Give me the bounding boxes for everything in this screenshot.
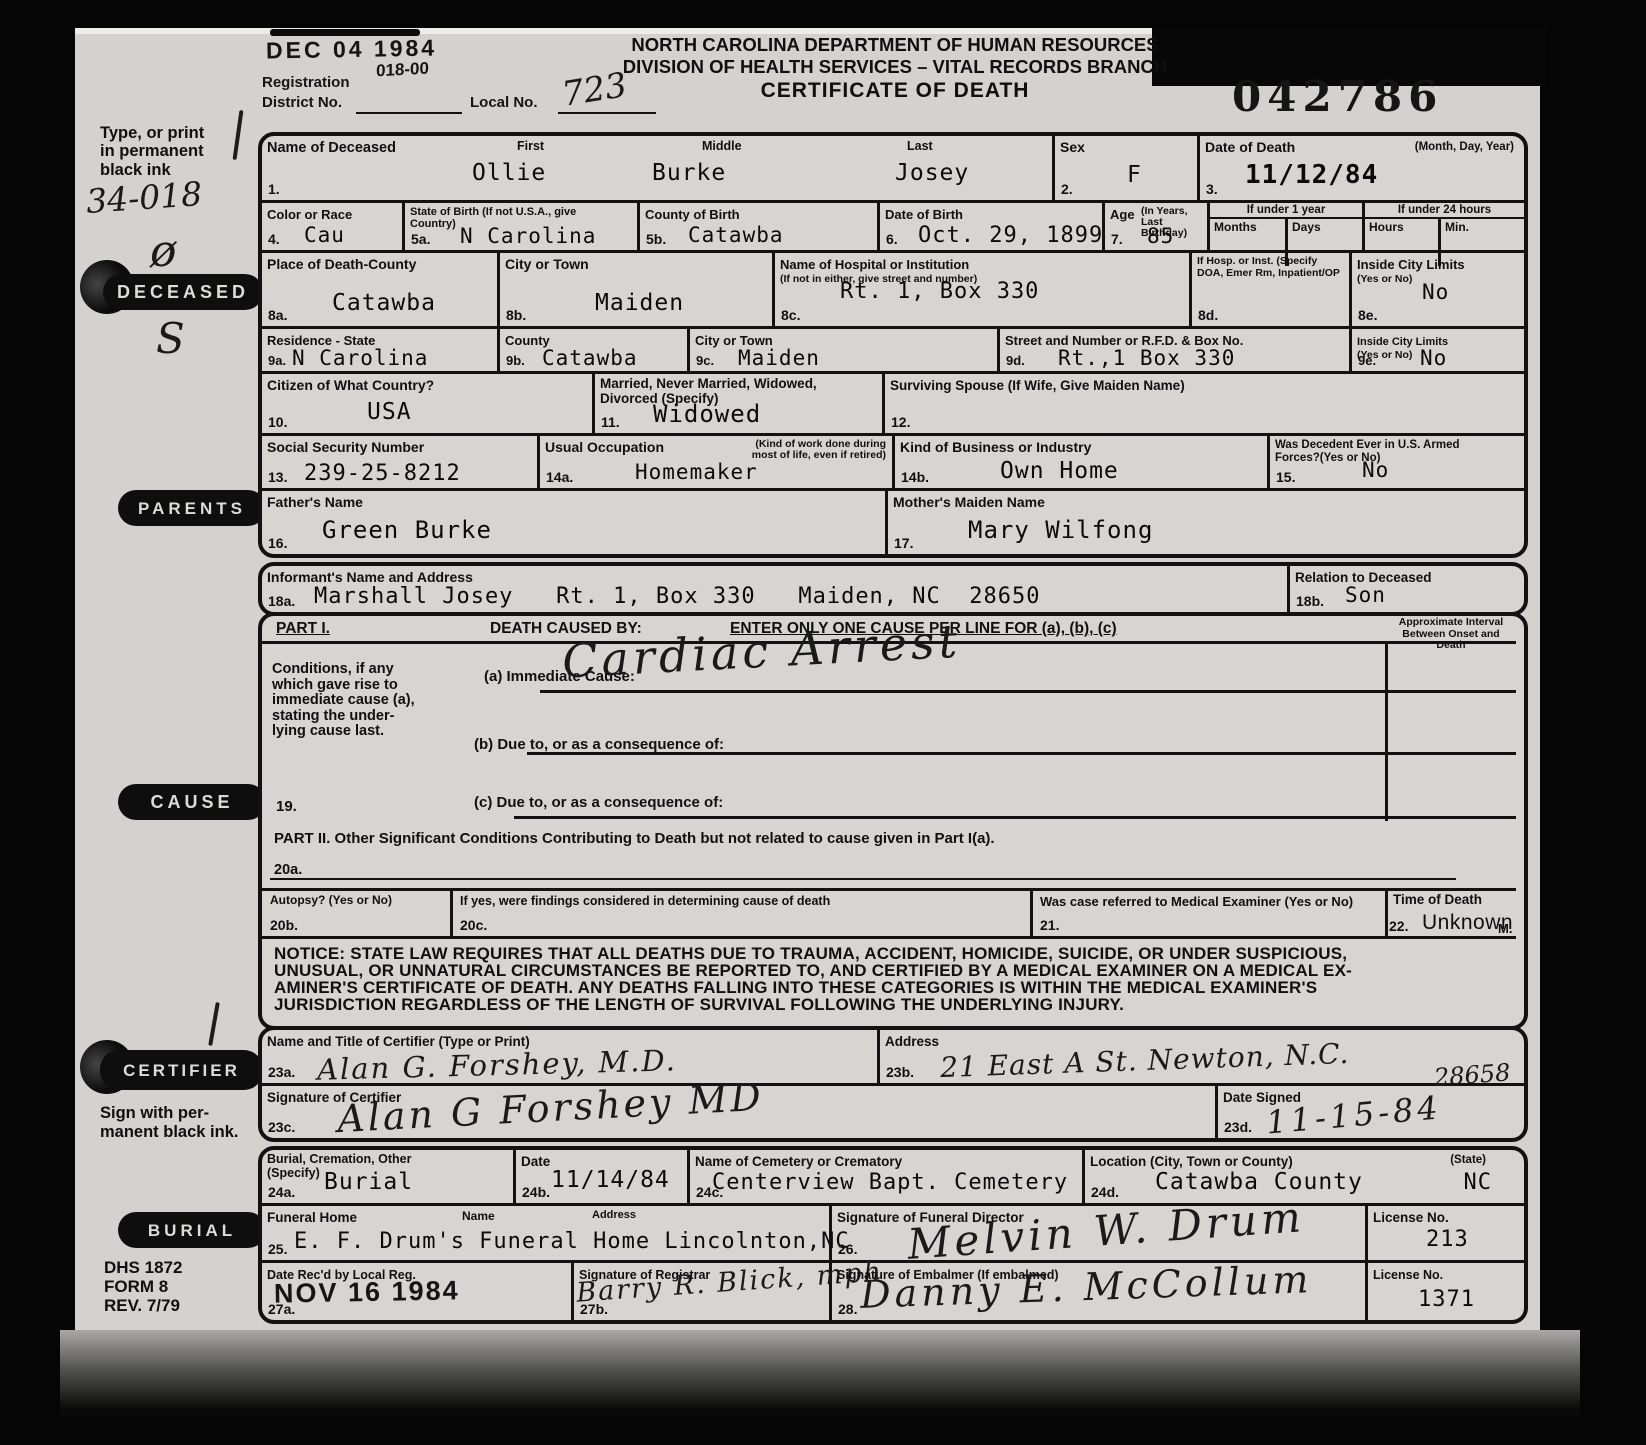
autopsy-divider2 [1030, 888, 1033, 936]
field-number: 14b. [901, 469, 929, 485]
field-place-of-death-city: City or Town 8b. Maiden [500, 253, 775, 326]
field-value: Own Home [1000, 458, 1119, 484]
middle-sublabel: Middle [702, 139, 742, 153]
section-informant: Informant's Name and Address 18a. Marsha… [258, 562, 1528, 616]
part2-number: 20a. [274, 862, 302, 878]
field-occupation: Usual Occupation (Kind of work done duri… [540, 436, 895, 488]
notice-line2: UNUSUAL, OR UNNATURAL CIRCUMSTANCES BE R… [274, 962, 1352, 979]
field-number: 3. [1206, 181, 1218, 197]
field-value: Rt. 1, Box 330 [840, 279, 1039, 304]
notice-line4: JURISDICTION REGARDLESS OF THE LENGTH OF… [274, 996, 1352, 1013]
field-number: 14a. [546, 469, 573, 485]
field-label: Name and Title of Certifier (Type or Pri… [267, 1034, 530, 1049]
field-number: 23c. [268, 1119, 295, 1135]
me-referred-number: 21. [1040, 917, 1059, 933]
field-father-name: Father's Name 16. Green Burke [262, 491, 888, 554]
type-note: Type, or print in permanent black ink [100, 124, 204, 179]
field-number: 4. [268, 231, 280, 247]
field-value: Marshall Josey Rt. 1, Box 330 Maiden, NC… [314, 584, 1041, 609]
field-place-of-death-county: Place of Death-County 8a. Catawba [262, 253, 500, 326]
interval-column-label: Approximate Interval Between Onset and D… [1387, 617, 1515, 652]
section-certifier: Name and Title of Certifier (Type or Pri… [258, 1026, 1528, 1142]
field-number: 11. [601, 414, 620, 430]
field-label: Funeral Home [267, 1210, 357, 1225]
field-value: No [1362, 458, 1389, 482]
field-number: 8a. [268, 307, 287, 323]
local-no-label: Local No. [470, 94, 538, 111]
agency-header: NORTH CAROLINA DEPARTMENT OF HUMAN RESOU… [575, 34, 1215, 103]
field-label: Surviving Spouse (If Wife, Give Maiden N… [890, 378, 1185, 393]
agency-line2: DIVISION OF HEALTH SERVICES – VITAL RECO… [575, 56, 1215, 78]
field-label: Sex [1060, 139, 1085, 155]
field-under-1-year: If under 1 year Months Days [1210, 203, 1365, 250]
field-value: F [1127, 162, 1142, 188]
field-date-signed: Date Signed 23d. 11-15-84 [1218, 1086, 1524, 1138]
field-state-of-birth: State of Birth (If not U.S.A., give Coun… [405, 203, 640, 250]
time-of-death-number: 22. [1389, 918, 1408, 934]
date-received-stamp: NOV 16 1984 [274, 1275, 460, 1309]
field-hospital: Name of Hospital or Institution (If not … [775, 253, 1192, 326]
field-mother-name: Mother's Maiden Name 17. Mary Wilfong [888, 491, 1524, 554]
type-note-line1: Type, or print [100, 124, 204, 142]
line-b-label: (b) Due to, or as a consequence of: [474, 736, 724, 753]
field-number: 8c. [781, 307, 800, 323]
field-number: 7. [1111, 231, 1123, 247]
field-number: 18a. [268, 593, 295, 609]
field-number: 13. [268, 469, 287, 485]
last-name-value: Josey [895, 160, 969, 186]
field-value: Maiden [595, 290, 684, 316]
field-number: 5a. [411, 231, 430, 247]
section-burial: Burial, Cremation, Other (Specify) 24a. … [258, 1146, 1528, 1324]
field-label: Address [885, 1034, 939, 1049]
section-deceased: Name of Deceased First Middle 1. Ollie B… [258, 132, 1528, 558]
field-date-received: Date Rec'd by Local Reg. 27a. NOV 16 198… [262, 1263, 574, 1320]
state-value: NC [1464, 1170, 1493, 1195]
part2-label: PART II. Other Significant Conditions Co… [274, 830, 995, 847]
findings-label: If yes, were findings considered in dete… [460, 894, 1020, 908]
time-of-death-suffix: M. [1498, 921, 1512, 936]
field-ssn: Social Security Number 13. 239-25-8212 [262, 436, 540, 488]
field-value: N Carolina [292, 346, 428, 370]
field-date-of-death: Date of Death (Month, Day, Year) 3. 11/1… [1200, 136, 1524, 200]
field-cemetery: Name of Cemetery or Crematory 24c. Cente… [690, 1150, 1085, 1203]
field-number: 23b. [886, 1064, 914, 1080]
field-label: Name of Hospital or Institution [780, 257, 969, 272]
tab-burial: BURIAL [118, 1212, 266, 1248]
field-number: 9d. [1006, 353, 1025, 368]
field-certifier-name-title: Name and Title of Certifier (Type or Pri… [262, 1030, 880, 1083]
field-label: Name of Cemetery or Crematory [695, 1154, 902, 1169]
field-number: 25. [268, 1241, 287, 1257]
district-no-line [356, 112, 462, 114]
field-burial-location: Location (City, Town or County) (State) … [1085, 1150, 1524, 1203]
line-c-rule [514, 816, 1516, 819]
interval-rule-a [1385, 690, 1516, 693]
field-marital-status: Married, Never Married, Widowed, Divorce… [595, 374, 885, 433]
line-a-rule [540, 690, 1385, 693]
field-value: Catawba [542, 346, 638, 370]
field-value: Oct. 29, 1899 [918, 223, 1103, 248]
interval-column-divider [1385, 641, 1388, 821]
field-residence-state: Residence - State 9a. N Carolina [262, 329, 500, 371]
field-number: 15. [1276, 469, 1295, 485]
field-sex: Sex 2. F [1055, 136, 1200, 200]
scanned-death-certificate: DEC 04 1984 Registration 018-00 District… [0, 0, 1646, 1445]
part2-rule [270, 878, 1456, 880]
notice-block: NOTICE: STATE LAW REQUIRES THAT ALL DEAT… [274, 945, 1352, 1013]
conditions-line4: stating the under- [272, 709, 415, 725]
handwritten-zero-slash: ø [150, 226, 177, 277]
field-number: 2. [1061, 181, 1073, 197]
form-id-line1: DHS 1872 [104, 1258, 182, 1277]
field-label: Place of Death-County [267, 256, 416, 272]
field-value: Catawba County [1155, 1169, 1363, 1195]
form-id-line2: FORM 8 [104, 1277, 182, 1296]
field-inside-city-limits-residence: Inside City Limits (Yes or No) 9e. No [1352, 329, 1524, 371]
conditions-line1: Conditions, if any [272, 662, 415, 678]
field-label: Informant's Name and Address [267, 569, 473, 585]
field-value: 239-25-8212 [304, 461, 461, 486]
section-cause: PART I. DEATH CAUSED BY: ENTER ONLY ONE … [258, 612, 1528, 1030]
field-hint: (Month, Day, Year) [1415, 141, 1514, 153]
field-name-of-deceased: Name of Deceased First Middle 1. Ollie B… [262, 136, 1055, 200]
certifier-address-value: 21 East A St. Newton, N.C. [940, 1037, 1350, 1084]
field-number: 9c. [696, 353, 714, 368]
field-funeral-director-signature: Signature of Funeral Director 26. Melvin… [832, 1206, 1368, 1260]
field-label: Father's Name [267, 494, 363, 510]
field-number: 23d. [1224, 1119, 1252, 1135]
field-label: Color or Race [267, 207, 352, 222]
field-label: License No. [1373, 1210, 1449, 1225]
field-number: 17. [894, 535, 913, 551]
field-number: 24a. [268, 1184, 295, 1200]
field-inside-city-limits-death: Inside City Limits (Yes or No) 8e. No [1352, 253, 1524, 326]
registration-label: Registration [262, 74, 350, 91]
field-number: 9a. [268, 353, 286, 368]
field-residence-county: County 9b. Catawba [500, 329, 690, 371]
field-residence-street: Street and Number or R.F.D. & Box No. 9d… [1000, 329, 1352, 371]
findings-number: 20c. [460, 917, 487, 933]
embalmer-signature-value: Danny E. McCollum [859, 1257, 1313, 1317]
field-label: Inside City Limits [1357, 257, 1465, 272]
field-citizen: Citizen of What Country? 10. USA [262, 374, 595, 433]
notice-line1: NOTICE: STATE LAW REQUIRES THAT ALL DEAT… [274, 945, 1352, 962]
field-label: Location (City, Town or County) [1090, 1154, 1293, 1169]
field-relation-to-deceased: Relation to Deceased 18b. Son [1290, 566, 1524, 612]
field-embalmer-license: License No. 1371 [1368, 1263, 1524, 1320]
autopsy-divider1 [450, 888, 453, 936]
field-value: Centerview Bapt. Cemetery [712, 1170, 1068, 1195]
field-number: 28. [838, 1301, 857, 1317]
form-title: CERTIFICATE OF DEATH [575, 79, 1215, 103]
field-label: License No. [1373, 1268, 1443, 1282]
field-value: 85 [1147, 224, 1174, 248]
interval-rule-b [1385, 752, 1516, 755]
field-number: 24d. [1091, 1184, 1119, 1200]
field-number: 18b. [1296, 593, 1324, 609]
field-number: 16. [268, 535, 287, 551]
field-label: Name of Deceased [267, 140, 396, 156]
time-of-death-label: Time of Death [1393, 892, 1482, 907]
tab-cause: CAUSE [118, 784, 266, 820]
sign-note-line1: Sign with per- [100, 1104, 238, 1123]
group-label: If under 1 year [1210, 203, 1362, 219]
type-note-line2: in permanent [100, 142, 204, 160]
field-label: Age [1110, 207, 1135, 222]
field-number: 10. [268, 414, 287, 430]
field-value: Widowed [653, 400, 761, 428]
field-informant: Informant's Name and Address 18a. Marsha… [262, 566, 1290, 612]
field-number: 8b. [506, 307, 526, 323]
field-value: Catawba [332, 290, 436, 316]
certifier-name-value: Alan G. Forshey, M.D. [317, 1043, 678, 1086]
handwritten-s-mark: S [156, 314, 185, 363]
agency-line1: NORTH CAROLINA DEPARTMENT OF HUMAN RESOU… [575, 34, 1215, 56]
field-age: Age (In Years, Last Birthday) 7. 85 [1105, 203, 1210, 250]
field-number: 23a. [268, 1064, 295, 1080]
field-armed-forces: Was Decedent Ever in U.S. Armed Forces?(… [1270, 436, 1524, 488]
notice-line3: AMINER'S CERTIFICATE OF DEATH. ANY DEATH… [274, 979, 1352, 996]
field-label: Mother's Maiden Name [893, 494, 1045, 510]
handwritten-district-code: 34-018 [85, 174, 204, 221]
part1-label: PART I. [276, 620, 330, 638]
field-value: N Carolina [460, 224, 596, 248]
field-number: 1. [268, 181, 280, 197]
field-director-license: License No. 213 [1368, 1206, 1524, 1260]
field-label: Kind of Business or Industry [900, 439, 1091, 455]
field-number: 26. [838, 1241, 857, 1257]
me-referred-label: Was case referred to Medical Examiner (Y… [1040, 894, 1380, 909]
funeral-home-name-sublabel: Name [462, 1209, 495, 1223]
sign-note: Sign with per- manent black ink. [100, 1104, 238, 1142]
field-number: 9b. [506, 353, 525, 368]
field-number: 8d. [1198, 307, 1218, 323]
field-number: 5b. [646, 231, 666, 247]
field-label: City or Town [505, 256, 589, 272]
district-no-label: District No. [262, 94, 342, 111]
field-color-or-race: Color or Race 4. Cau [262, 203, 405, 250]
form-id-line3: REV. 7/79 [104, 1296, 182, 1315]
conditions-line5: lying cause last. [272, 724, 415, 740]
field-embalmer-signature: Signature of Embalmer (If embalmed) 28. … [832, 1263, 1368, 1320]
middle-name-value: Burke [652, 160, 726, 186]
field-number: 6. [886, 231, 898, 247]
tab-parents: PARENTS [118, 490, 266, 526]
field-value: Homemaker [635, 460, 758, 484]
field-surviving-spouse: Surviving Spouse (If Wife, Give Maiden N… [885, 374, 1524, 433]
cause-number: 19. [276, 798, 297, 815]
certificate-number: 042786 [1232, 72, 1443, 121]
tab-deceased: DECEASED [103, 274, 263, 310]
field-certifier-address: Address 23b. 21 East A St. Newton, N.C. … [880, 1030, 1524, 1083]
field-disposition: Burial, Cremation, Other (Specify) 24a. … [262, 1150, 516, 1203]
field-value: Mary Wilfong [968, 516, 1153, 544]
field-value: Green Burke [322, 516, 492, 544]
field-number: 24b. [522, 1184, 550, 1200]
conditions-note: Conditions, if any which gave rise to im… [272, 662, 415, 740]
field-business: Kind of Business or Industry 14b. Own Ho… [895, 436, 1270, 488]
field-value: Burial [324, 1169, 413, 1195]
field-number: 8e. [1358, 307, 1377, 323]
field-hint: (Kind of work done during most of life, … [731, 439, 886, 461]
autopsy-number: 20b. [270, 917, 298, 933]
field-label: Date of Birth [885, 207, 963, 222]
field-registrar-signature: Signature of Registrar 27b. Barry R. Bli… [574, 1263, 832, 1320]
field-value: Maiden [738, 346, 820, 370]
field-value: 11/12/84 [1245, 160, 1378, 190]
field-label: Date [521, 1154, 550, 1169]
form-id-block: DHS 1872 FORM 8 REV. 7/79 [104, 1258, 182, 1315]
autopsy-divider3 [1385, 888, 1388, 936]
field-burial-date: Date 24b. 11/14/84 [516, 1150, 690, 1203]
field-value: 1371 [1418, 1287, 1475, 1312]
field-value: E. F. Drum's Funeral Home Lincolnton,NC [294, 1229, 850, 1254]
field-value: Rt.,1 Box 330 [1058, 346, 1235, 370]
field-label: County of Birth [645, 207, 740, 222]
field-value: Son [1345, 583, 1386, 607]
field-date-of-birth: Date of Birth 6. Oct. 29, 1899 [880, 203, 1105, 250]
group-label: If under 24 hours [1365, 203, 1524, 219]
first-sublabel: First [517, 139, 544, 153]
conditions-line2: which gave rise to [272, 678, 415, 694]
field-label: Citizen of What Country? [267, 377, 434, 393]
autopsy-row-bottom [262, 936, 1516, 939]
funeral-home-address-sublabel: Address [592, 1209, 636, 1221]
field-number: 9e. [1358, 353, 1376, 368]
interval-label-line1: Approximate Interval [1387, 617, 1515, 629]
sign-note-line2: manent black ink. [100, 1123, 238, 1142]
field-funeral-home: Funeral Home Name Address 25. E. F. Drum… [262, 1206, 832, 1260]
field-value: 213 [1426, 1227, 1469, 1252]
scan-bottom-fade [60, 1330, 1580, 1416]
district-number-stamp: 018-00 [376, 59, 429, 82]
field-value: Cau [304, 223, 345, 247]
field-value: No [1422, 280, 1449, 304]
cause-body: PART I. DEATH CAUSED BY: ENTER ONLY ONE … [262, 616, 1516, 1018]
field-value: 11/14/84 [551, 1167, 670, 1193]
field-number: 12. [891, 414, 910, 430]
tab-certifier: CERTIFIER [100, 1050, 263, 1090]
field-label: Usual Occupation [545, 439, 664, 455]
autopsy-label: Autopsy? (Yes or No) [270, 894, 420, 907]
field-hosp-type: If Hosp. or Inst. (Specify DOA, Emer Rm,… [1192, 253, 1352, 326]
field-value: No [1420, 346, 1447, 370]
field-label: Date of Death [1205, 139, 1295, 155]
conditions-line3: immediate cause (a), [272, 693, 415, 709]
field-value: Catawba [688, 223, 784, 247]
interval-label-line2: Between Onset and Death [1387, 629, 1515, 652]
field-label: If Hosp. or Inst. (Specify DOA, Emer Rm,… [1197, 256, 1344, 279]
first-name-value: Ollie [472, 160, 546, 186]
field-residence-city: City or Town 9c. Maiden [690, 329, 1000, 371]
last-sublabel: Last [907, 139, 933, 153]
field-under-24-hours: If under 24 hours Hours Min. [1365, 203, 1524, 250]
field-certifier-signature: Signature of Certifier 23c. Alan G Forsh… [262, 1086, 1218, 1138]
line-c-label: (c) Due to, or as a consequence of: [474, 794, 723, 811]
line-b-rule [527, 752, 1385, 755]
field-label: Social Security Number [267, 439, 424, 455]
state-label: (State) [1450, 1154, 1486, 1166]
field-value: USA [367, 399, 412, 425]
field-county-of-birth: County of Birth 5b. Catawba [640, 203, 880, 250]
